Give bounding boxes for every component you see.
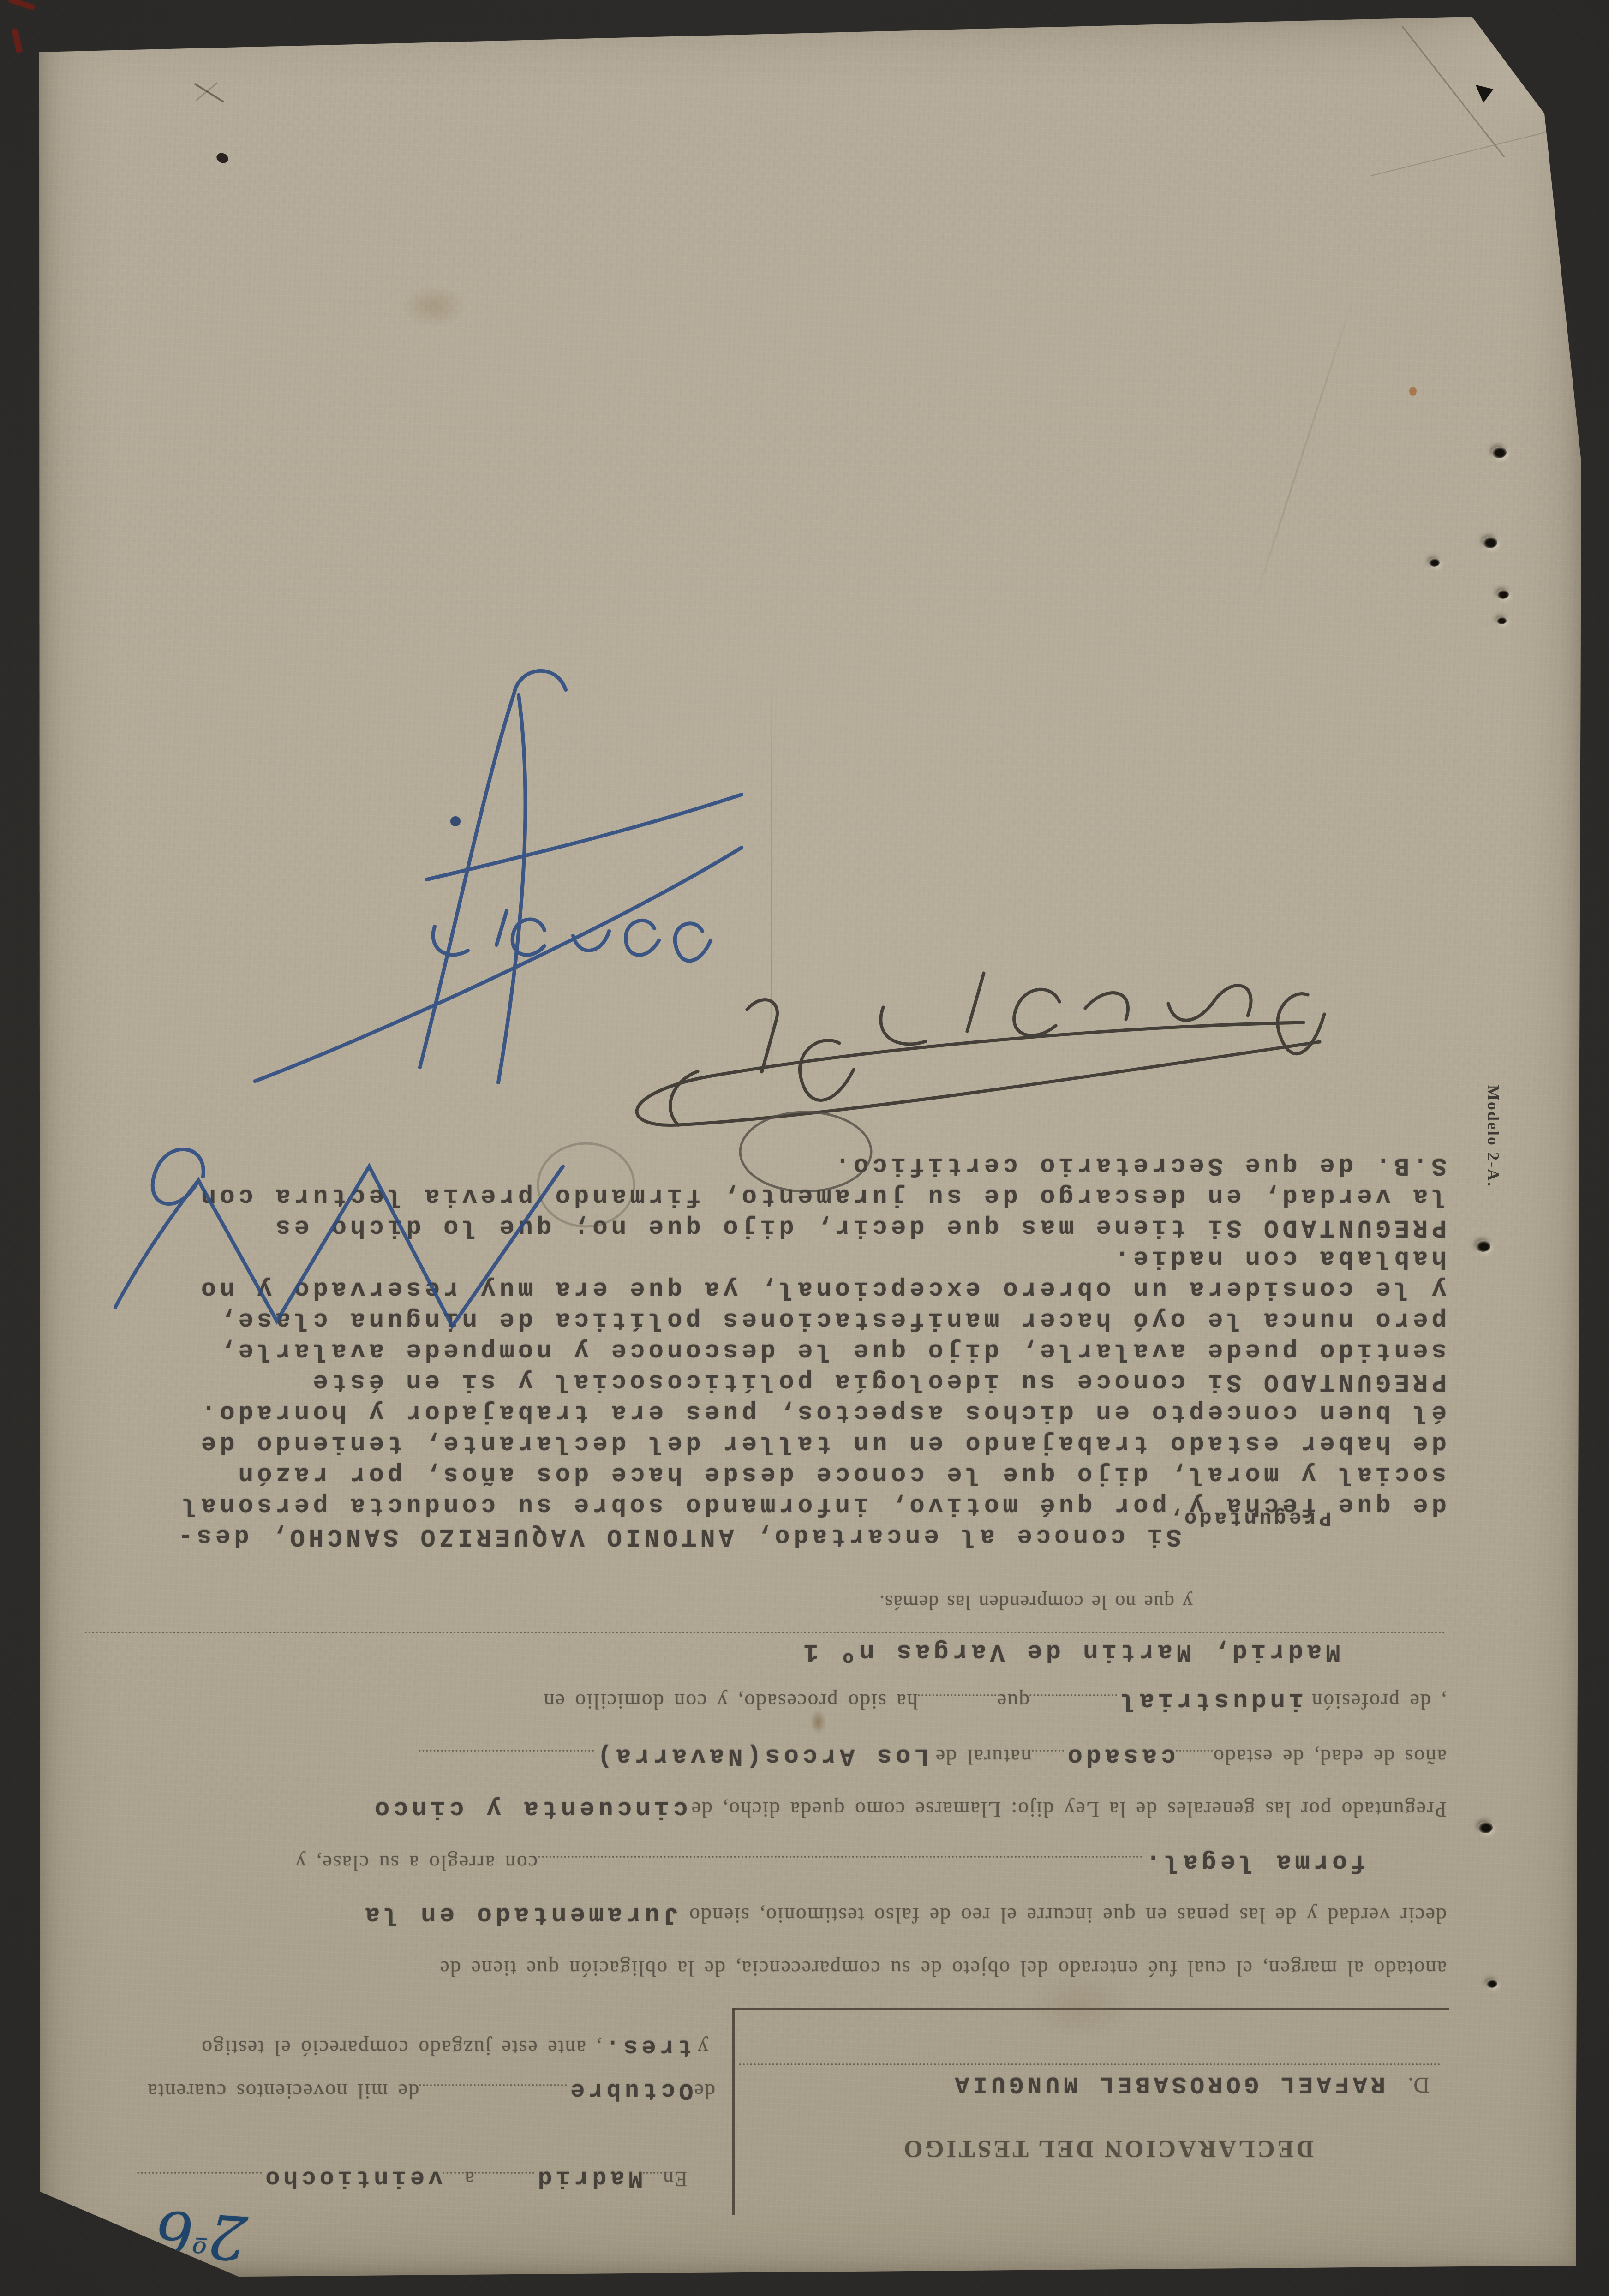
scan-defects-layer	[39, 13, 1583, 2278]
red-mark	[8, 0, 36, 11]
red-mark	[12, 28, 23, 53]
scanned-document-photo: 2º6 Modelo 2-A. DECLARACION DEL TESTIGO …	[0, 0, 1609, 2296]
document-paper: 2º6 Modelo 2-A. DECLARACION DEL TESTIGO …	[39, 13, 1583, 2278]
